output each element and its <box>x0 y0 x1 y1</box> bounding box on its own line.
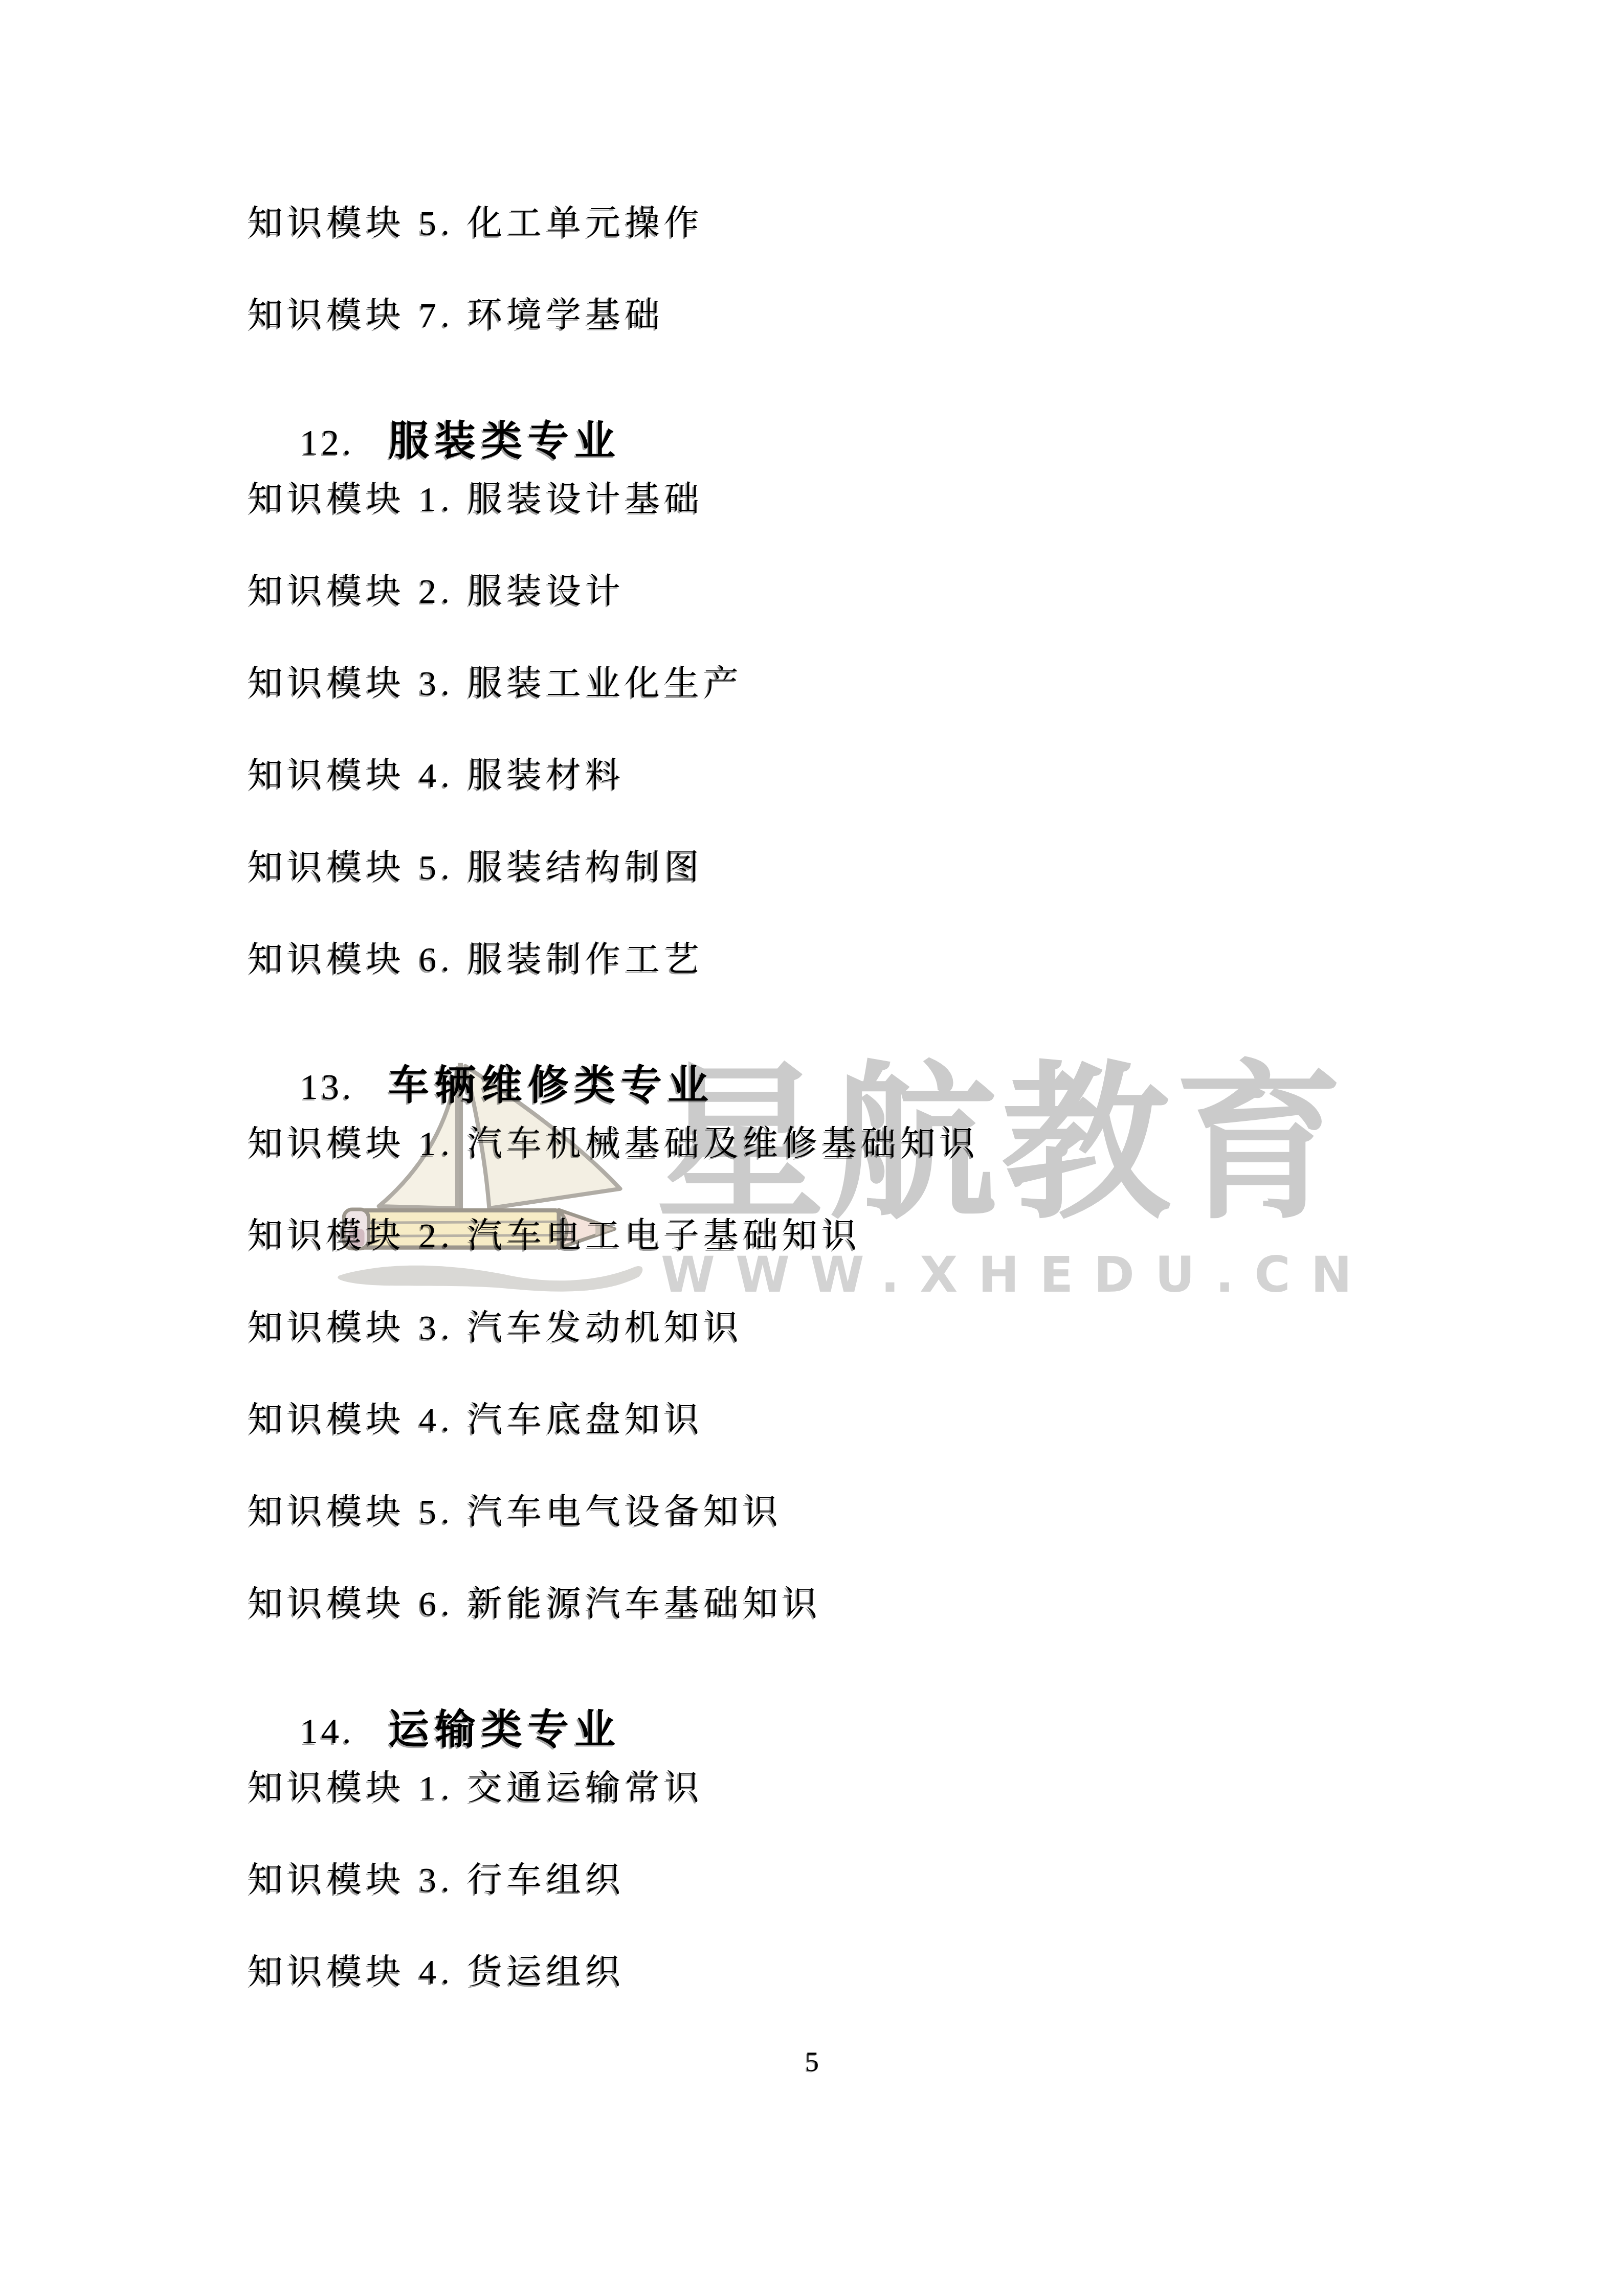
module-line: 知识模块 5. 化工单元操作 <box>248 206 704 240</box>
module-line: 知识模块 4. 服装材料 <box>248 758 625 793</box>
module-line: 知识模块 6. 服装制作工艺 <box>248 942 704 977</box>
module-line: 知识模块 4. 汽车底盘知识 <box>248 1402 704 1437</box>
heading-number: 12. <box>300 425 388 461</box>
module-line: 知识模块 3. 行车组织 <box>248 1862 625 1897</box>
module-line: 知识模块 5. 服装结构制图 <box>248 850 704 885</box>
page-number: 5 <box>0 2048 1624 2076</box>
module-line: 知识模块 4. 货运组织 <box>248 1954 625 1989</box>
heading-title: 运输类专业 <box>388 1705 621 1753</box>
module-line: 知识模块 1. 服装设计基础 <box>248 482 704 516</box>
module-line: 知识模块 1. 交通运输常识 <box>248 1770 704 1805</box>
module-line: 知识模块 1. 汽车机械基础及维修基础知识 <box>248 1126 980 1161</box>
text-layer: 知识模块 5. 化工单元操作 知识模块 7. 环境学基础 12.服装类专业 知识… <box>0 0 1624 2296</box>
module-line: 知识模块 6. 新能源汽车基础知识 <box>248 1586 822 1621</box>
heading-number: 13. <box>300 1070 388 1106</box>
module-line: 知识模块 3. 服装工业化生产 <box>248 666 743 701</box>
heading-number: 14. <box>300 1714 388 1750</box>
module-line: 知识模块 3. 汽车发动机知识 <box>248 1310 743 1345</box>
module-line: 知识模块 5. 汽车电气设备知识 <box>248 1494 783 1529</box>
document-page: 星航教育 WWW.XHEDU.CN 知识模块 5. 化工单元操作 知识模块 7.… <box>0 0 1624 2296</box>
heading-title: 服装类专业 <box>388 417 621 464</box>
module-line: 知识模块 2. 服装设计 <box>248 574 625 609</box>
heading-title: 车辆维修类专业 <box>388 1061 714 1109</box>
module-line: 知识模块 7. 环境学基础 <box>248 298 664 332</box>
module-line: 知识模块 2. 汽车电工电子基础知识 <box>248 1218 861 1253</box>
